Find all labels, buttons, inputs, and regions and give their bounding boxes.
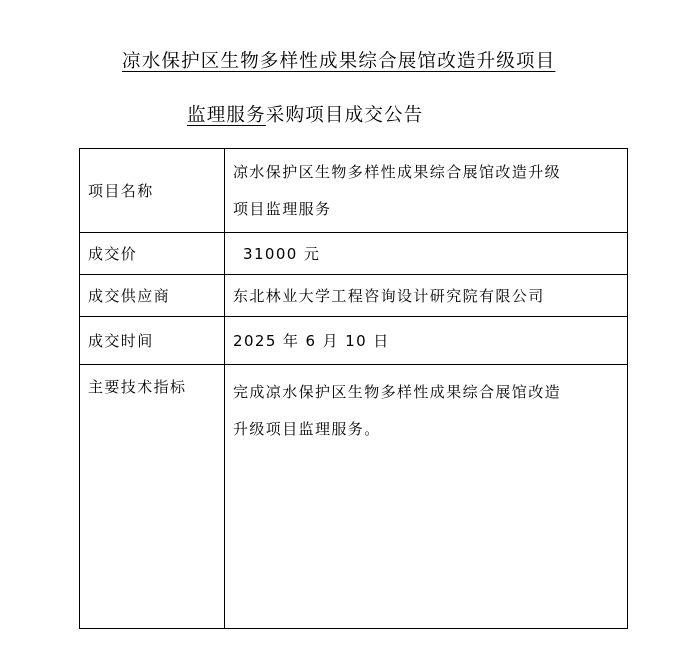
value-line: 项目监理服务	[233, 191, 627, 228]
row-label: 成交时间	[80, 317, 225, 365]
value-line: 凉水保护区生物多样性成果综合展馆改造升级	[233, 154, 627, 191]
row-label: 成交供应商	[80, 275, 225, 317]
value-line: 升级项目监理服务。	[233, 411, 627, 448]
row-label: 成交价	[80, 233, 225, 275]
row-label: 项目名称	[80, 149, 225, 233]
row-value: 2025 年 6 月 10 日	[225, 317, 628, 365]
title-service-type: 监理服务	[187, 105, 266, 126]
row-value: 完成凉水保护区生物多样性成果综合展馆改造 升级项目监理服务。	[225, 365, 628, 629]
row-value: 凉水保护区生物多样性成果综合展馆改造升级 项目监理服务	[225, 149, 628, 233]
title-announcement: 采购项目成交公告	[266, 105, 424, 126]
row-value: 东北林业大学工程咨询设计研究院有限公司	[225, 275, 628, 317]
document-title-line-2: 监理服务采购项目成交公告	[187, 104, 423, 128]
table-row-tech-spec: 主要技术指标 完成凉水保护区生物多样性成果综合展馆改造 升级项目监理服务。	[80, 365, 628, 629]
title-project-name: 凉水保护区生物多样性成果综合展馆改造升级项目	[122, 51, 555, 72]
row-label: 主要技术指标	[80, 365, 225, 629]
announcement-table: 项目名称 凉水保护区生物多样性成果综合展馆改造升级 项目监理服务 成交价 310…	[79, 148, 628, 629]
value-line: 完成凉水保护区生物多样性成果综合展馆改造	[233, 374, 627, 411]
table-row-project-name: 项目名称 凉水保护区生物多样性成果综合展馆改造升级 项目监理服务	[80, 149, 628, 233]
table-row-supplier: 成交供应商 东北林业大学工程咨询设计研究院有限公司	[80, 275, 628, 317]
document-title-line-1: 凉水保护区生物多样性成果综合展馆改造升级项目	[122, 50, 555, 74]
row-value: 31000 元	[225, 233, 628, 275]
table-row-price: 成交价 31000 元	[80, 233, 628, 275]
table-row-date: 成交时间 2025 年 6 月 10 日	[80, 317, 628, 365]
